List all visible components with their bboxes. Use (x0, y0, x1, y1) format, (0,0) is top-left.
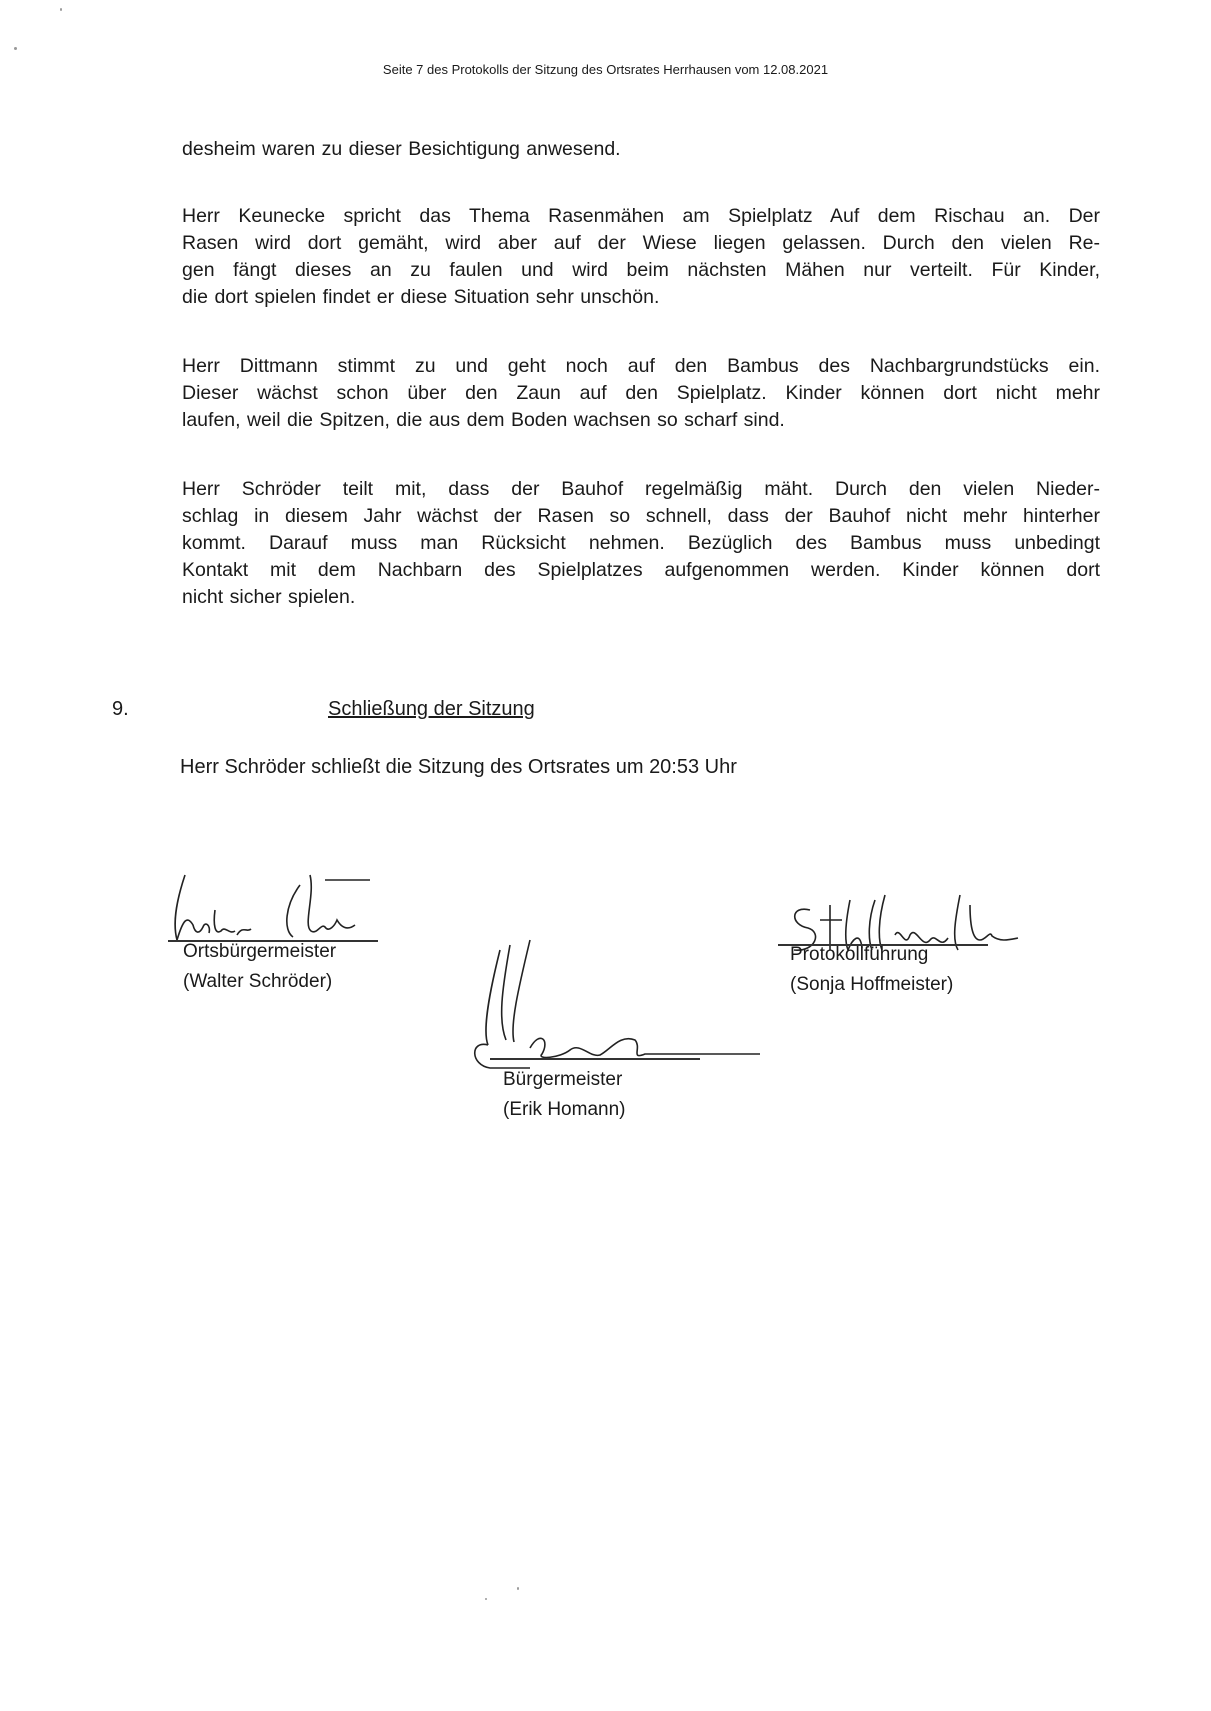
paragraph-dittmann: Herr Dittmann stimmt zu und geht noch au… (182, 353, 1100, 434)
paragraph-line: nicht sicher spielen. (182, 584, 1100, 611)
signature-walter-schroeder (165, 865, 425, 945)
agenda-item-title: Schließung der Sitzung (328, 698, 535, 721)
signature-block-right: Protokollführung (Sonja Hoffmeister) (790, 940, 953, 1000)
paragraph-line: Dieser wächst schon über den Zaun auf de… (182, 380, 1100, 407)
signature-name-left: (Walter Schröder) (183, 967, 336, 997)
signature-erik-homann (470, 930, 770, 1070)
page-header: Seite 7 des Protokolls der Sitzung des O… (0, 62, 1211, 77)
agenda-item-number: 9. (112, 698, 129, 721)
paragraph-line: laufen, weil die Spitzen, die aus dem Bo… (182, 407, 1100, 434)
signature-name-right: (Sonja Hoffmeister) (790, 970, 953, 1000)
signature-role-center: Bürgermeister (503, 1065, 625, 1095)
signature-role-left: Ortsbürgermeister (183, 937, 336, 967)
paragraph-line: Rasen wird dort gemäht, wird aber auf de… (182, 230, 1100, 257)
paragraph-keunecke: Herr Keunecke spricht das Thema Rasenmäh… (182, 203, 1100, 311)
paragraph-line: Herr Dittmann stimmt zu und geht noch au… (182, 353, 1100, 380)
scan-speck (14, 47, 17, 50)
paragraph-line: Herr Schröder teilt mit, dass der Bauhof… (182, 476, 1100, 503)
signature-role-right: Protokollführung (790, 940, 953, 970)
paragraph-line: desheim waren zu dieser Besichtigung anw… (182, 136, 1100, 163)
paragraph-line: kommt. Darauf muss man Rücksicht nehmen.… (182, 530, 1100, 557)
paragraph-line: schlag in diesem Jahr wächst der Rasen s… (182, 503, 1100, 530)
scan-speck (60, 8, 62, 11)
closing-statement: Herr Schröder schließt die Sitzung des O… (180, 756, 737, 779)
signature-line-center (490, 1058, 700, 1060)
paragraph-line: die dort spielen findet er diese Situati… (182, 284, 1100, 311)
paragraph-line: Kontakt mit dem Nachbarn des Spielplatze… (182, 557, 1100, 584)
signature-block-left: Ortsbürgermeister (Walter Schröder) (183, 937, 336, 997)
signature-name-center: (Erik Homann) (503, 1095, 625, 1125)
scan-speck (517, 1587, 519, 1590)
signature-block-center: Bürgermeister (Erik Homann) (503, 1065, 625, 1125)
paragraph-schroeder: Herr Schröder teilt mit, dass der Bauhof… (182, 476, 1100, 611)
scan-speck (485, 1598, 487, 1600)
paragraph-intro: desheim waren zu dieser Besichtigung anw… (182, 136, 1100, 163)
paragraph-line: Herr Keunecke spricht das Thema Rasenmäh… (182, 203, 1100, 230)
paragraph-line: gen fängt dieses an zu faulen und wird b… (182, 257, 1100, 284)
